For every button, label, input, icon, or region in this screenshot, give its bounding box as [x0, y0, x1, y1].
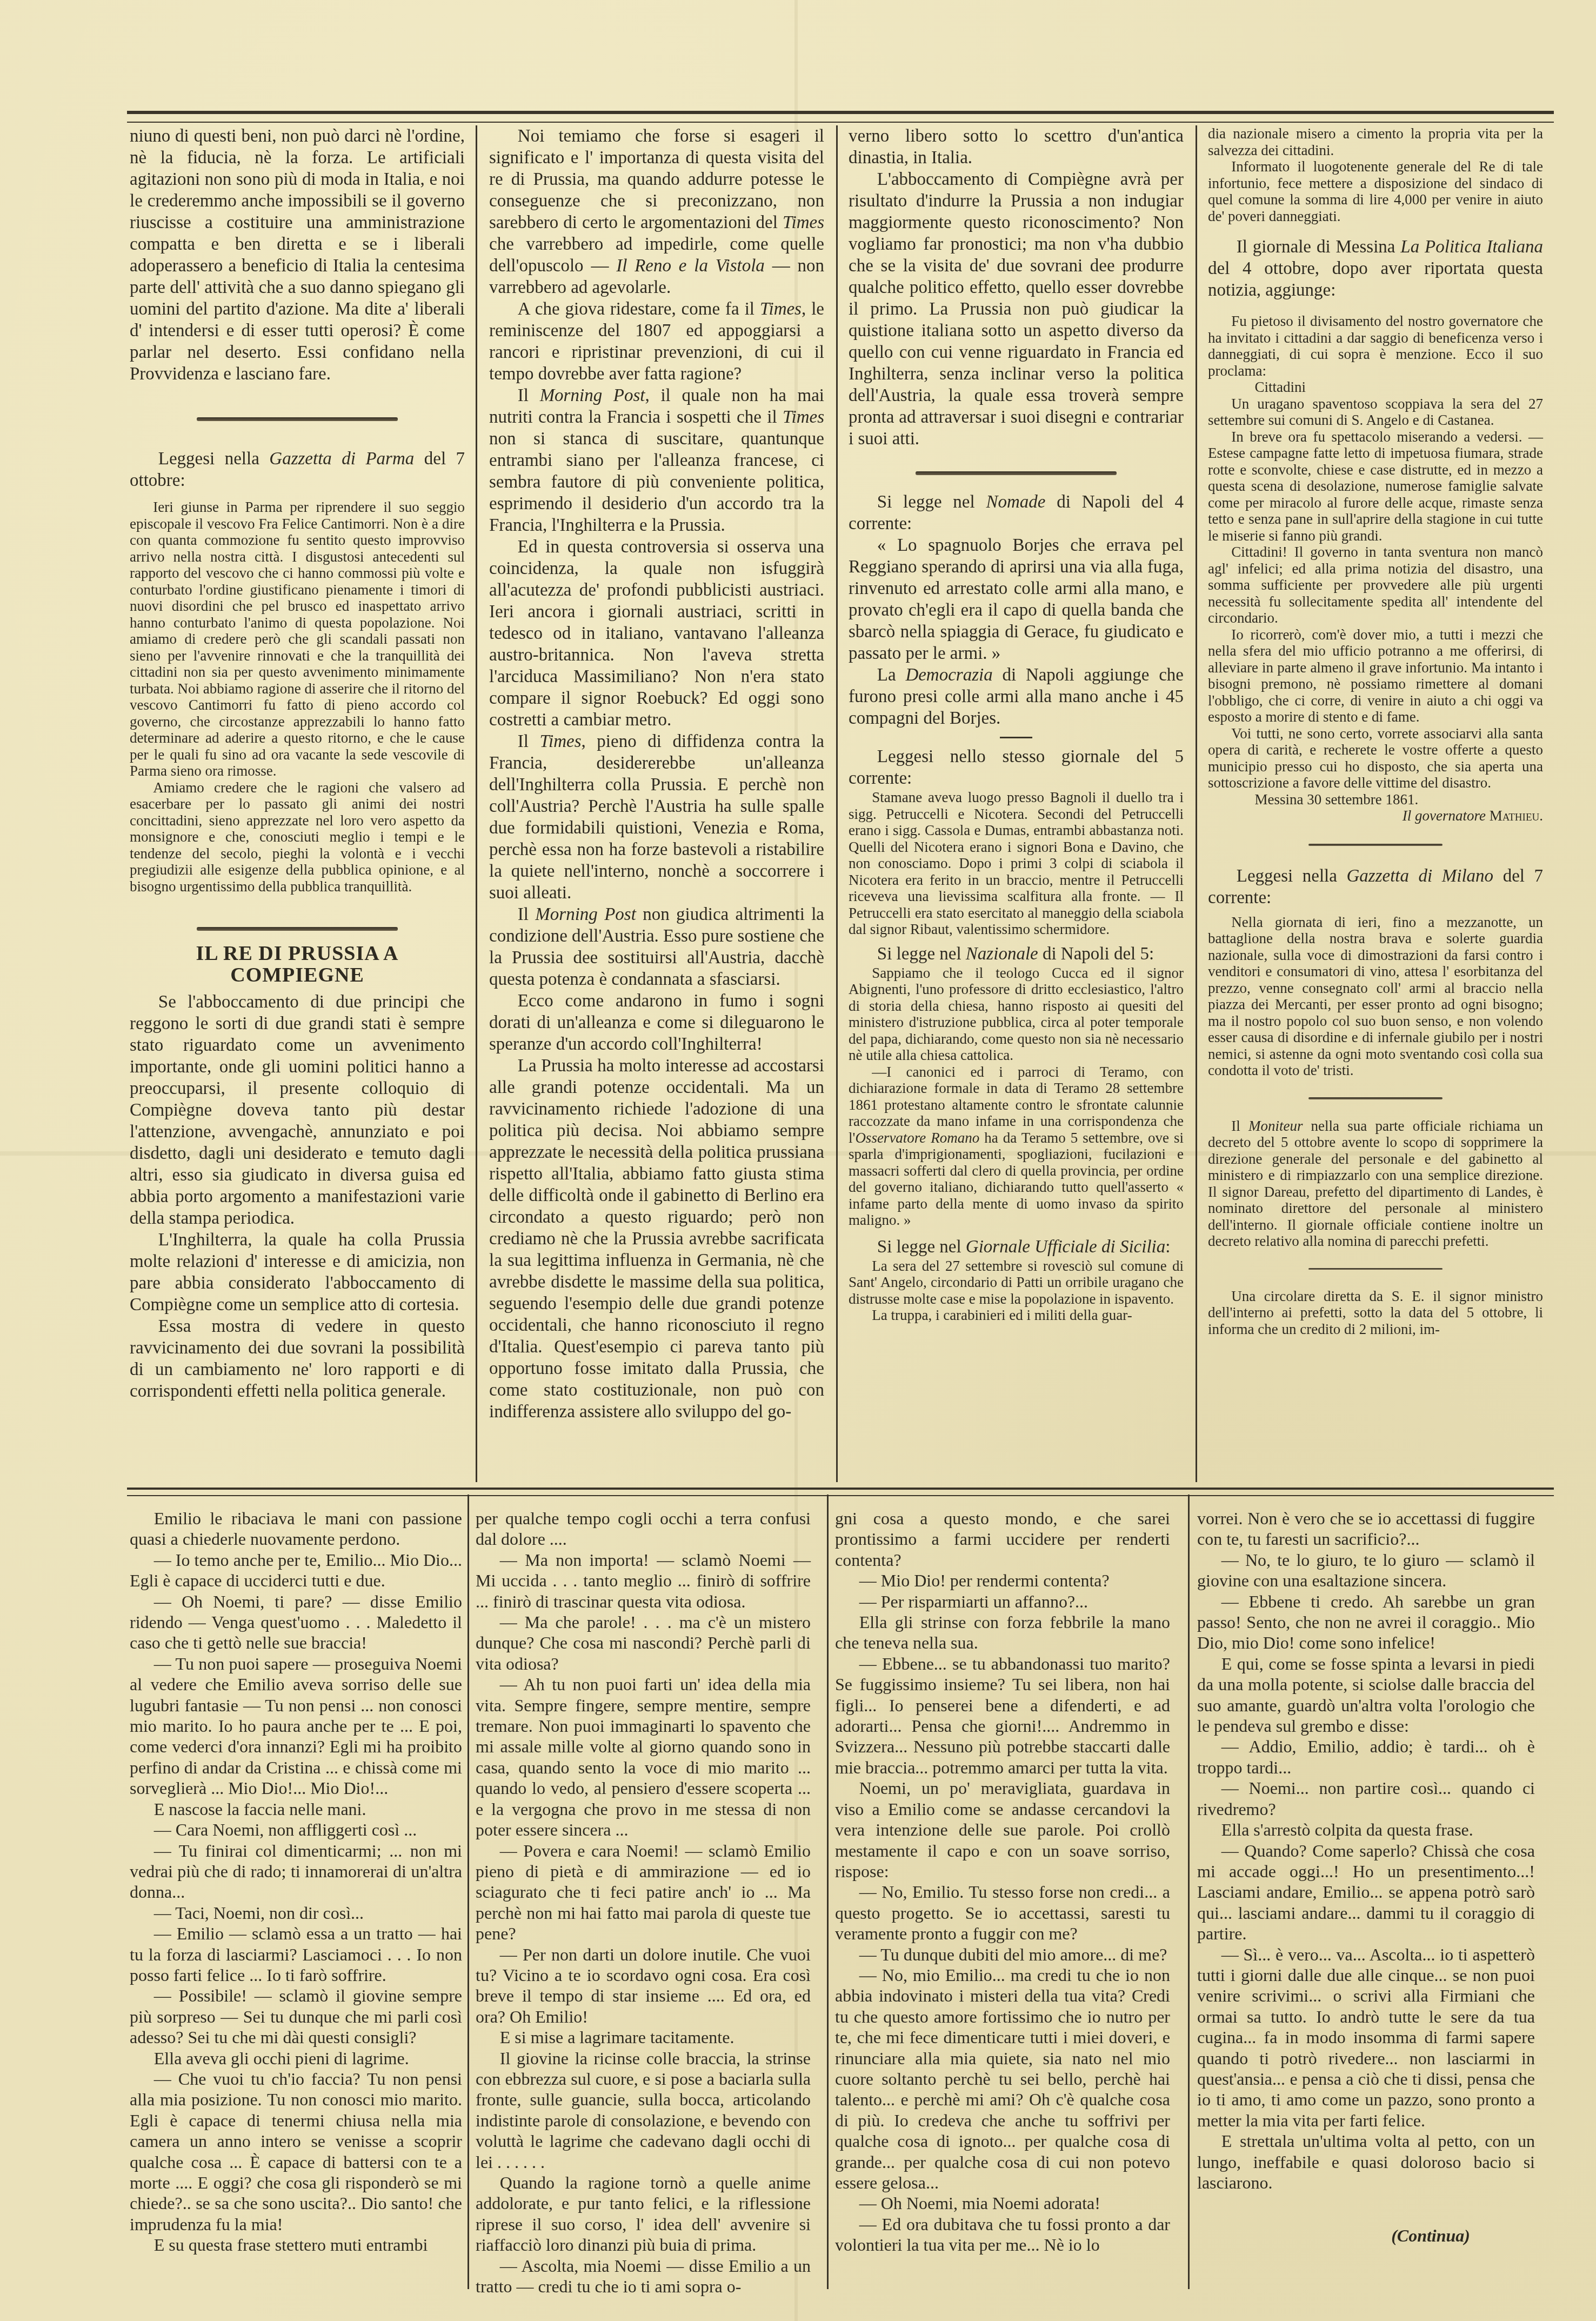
- column-1: niuno di questi beni, non può darci nè l…: [130, 125, 465, 1488]
- paragraph: — Possibile! — sclamò il giovine sempre …: [130, 1985, 462, 2047]
- paragraph: — Emilio — sclamò essa a un tratto — hai…: [130, 1923, 462, 1985]
- dateline: Messina 30 settembre 1861.: [1208, 791, 1543, 808]
- paragraph: vorrei. Non è vero che se io accettassi …: [1197, 1508, 1535, 1550]
- section-rule: [1308, 844, 1443, 846]
- section-rule: [197, 417, 398, 421]
- paragraph: — Tu dunque dubiti del mio amore... di m…: [835, 1944, 1170, 1965]
- top-double-rule: [127, 111, 1554, 123]
- paragraph: — Ah tu non puoi farti un' idea della mi…: [476, 1674, 811, 1840]
- paragraph: La Prussia ha molto interesse ad accosta…: [489, 1055, 824, 1423]
- paragraph: Ed in questa controversia si osserva una…: [489, 536, 824, 731]
- paragraph: A che giova ridestare, come fa il Times,…: [489, 298, 824, 385]
- paragraph: Se l'abboccamento di due principi che re…: [130, 991, 465, 1229]
- salutation: Cittadini: [1208, 379, 1543, 396]
- feuilleton-column-4: vorrei. Non è vero che se io accettassi …: [1197, 1508, 1535, 2246]
- paragraph: Il Times, pieno di diffidenza contra la …: [489, 731, 824, 904]
- paragraph: niuno di questi beni, non può darci nè l…: [130, 125, 465, 385]
- column-2: Noi temiamo che forse si esageri il sign…: [489, 125, 824, 1488]
- paragraph: — No, mio Emilio... ma credi tu che io n…: [835, 1965, 1170, 2193]
- paragraph: Emilio le ribaciava le mani con passione…: [130, 1508, 462, 1550]
- quoted-block: Stamane aveva luogo presso Bagnoli il du…: [849, 789, 1184, 938]
- paragraph: Amiamo credere che le ragioni che valser…: [130, 779, 465, 895]
- paragraph: Ella s'arrestò colpita da questa frase.: [1197, 1819, 1535, 1840]
- paragraph: Ella aveva gli occhi pieni di lagrime.: [130, 2048, 462, 2069]
- source-intro: Si legge nel Giornale Ufficiale di Sicil…: [849, 1236, 1184, 1258]
- column-3: verno libero sotto lo scettro d'un'antic…: [849, 125, 1184, 1488]
- paragraph: Io ricorrerò, com'è dover mio, a tutti i…: [1208, 626, 1543, 725]
- paragraph: E qui, come se fosse spinta a levarsi in…: [1197, 1653, 1535, 1737]
- paragraph: — No, te lo giuro, te lo giuro — sclamò …: [1197, 1550, 1535, 1591]
- section-rule: [197, 927, 398, 931]
- source-intro: Si legge nel Nazionale di Napoli del 5:: [849, 943, 1184, 965]
- quoted-block: Ieri giunse in Parma per riprendere il s…: [130, 499, 465, 895]
- paragraph: — Addio, Emilio, addio; è tardi... oh è …: [1197, 1736, 1535, 1778]
- paragraph: Il Morning Post non giudica altrimenti l…: [489, 904, 824, 990]
- paragraph: Noemi, un po' meravigliata, guardava in …: [835, 1778, 1170, 1882]
- paragraph: Quando la ragione tornò a quelle anime a…: [476, 2172, 811, 2256]
- section-rule: [1308, 1268, 1443, 1270]
- paragraph: La truppa, i carabinieri ed i militi del…: [849, 1307, 1184, 1324]
- paragraph: Il Morning Post, il quale non ha mai nut…: [489, 385, 824, 536]
- paragraph: Voi tutti, ne sono certo, vorrete associ…: [1208, 725, 1543, 791]
- paragraph: L'abboccamento di Compiègne avrà per ris…: [849, 169, 1184, 450]
- column-divider: [468, 1495, 469, 2289]
- paragraph: — Ed ora dubitava che tu fossi pronto a …: [835, 2214, 1170, 2256]
- paragraph: — Noemi... non partire così... quando ci…: [1197, 1778, 1535, 1819]
- paragraph: Noi temiamo che forse si esageri il sign…: [489, 125, 824, 298]
- paragraph: Ecco come andarono in fumo i sogni dorat…: [489, 990, 824, 1055]
- paragraph: — Per risparmiarti un affanno?...: [835, 1591, 1170, 1612]
- feuilleton-divider-rule: [127, 1488, 1554, 1496]
- paragraph: — Oh Noemi, mia Noemi adorata!: [835, 2193, 1170, 2213]
- paragraph: Stamane aveva luogo presso Bagnoli il du…: [849, 789, 1184, 938]
- feuilleton-column-3: gni cosa a questo mondo, e che sarei pro…: [835, 1508, 1170, 2256]
- paragraph: dia nazionale misero a cimento la propri…: [1208, 125, 1543, 158]
- paragraph: La Democrazia di Napoli aggiunge che fur…: [849, 664, 1184, 729]
- paragraph: — Tu finirai col dimenticarmi; ... non m…: [130, 1840, 462, 1903]
- paragraph: L'Inghilterra, la quale ha colla Prussia…: [130, 1229, 465, 1316]
- paragraph: — Mio Dio! per rendermi contenta?: [835, 1570, 1170, 1591]
- column-divider: [1196, 125, 1197, 1482]
- column-divider: [836, 125, 838, 1482]
- source-intro: Il giornale di Messina La Politica Itali…: [1208, 236, 1543, 301]
- short-rule: [1000, 737, 1032, 738]
- paragraph: Sappiamo che il teologo Cucca ed il sign…: [849, 965, 1184, 1064]
- column-divider: [1188, 1495, 1190, 2289]
- paragraph: Cittadini! Il governo in tanta sventura …: [1208, 544, 1543, 626]
- paragraph: Il giovine la ricinse colle braccia, la …: [476, 2048, 811, 2172]
- paragraph: Informato il luogotenente generale del R…: [1208, 158, 1543, 224]
- paragraph: Nella giornata di ieri, fino a mezzanott…: [1208, 914, 1543, 1079]
- paragraph: La sera del 27 settembre si rovesciò sul…: [849, 1258, 1184, 1308]
- paragraph: Ella gli strinse con forza febbrile la m…: [835, 1612, 1170, 1653]
- paragraph: Un uragano spaventoso scoppiava la sera …: [1208, 396, 1543, 429]
- paragraph: — Io temo anche per te, Emilio... Mio Di…: [130, 1550, 462, 1591]
- paragraph: — Povera e cara Noemi! — sclamò Emilio p…: [476, 1840, 811, 1944]
- section-rule: [1308, 1097, 1443, 1099]
- paragraph: Una circolare diretta da S. E. il signor…: [1208, 1288, 1543, 1338]
- paragraph: E si mise a lagrimare tacitamente.: [476, 2027, 811, 2047]
- paragraph: —I canonici ed i parroci di Teramo, con …: [849, 1064, 1184, 1229]
- column-divider: [827, 1495, 829, 2289]
- paragraph: per qualche tempo cogli occhi a terra co…: [476, 1508, 811, 1550]
- paragraph: — Tu non puoi sapere — proseguiva Noemi …: [130, 1653, 462, 1799]
- paragraph: — Ebbene ti credo. Ah sarebbe un gran pa…: [1197, 1591, 1535, 1653]
- quoted-block: Sappiamo che il teologo Cucca ed il sign…: [849, 965, 1184, 1229]
- newspaper-page: niuno di questi beni, non può darci nè l…: [0, 0, 1596, 2321]
- paragraph: Essa mostra di vedere in questo ravvicin…: [130, 1316, 465, 1402]
- paragraph: verno libero sotto lo scettro d'un'antic…: [849, 125, 1184, 169]
- source-intro: Leggesi nello stesso giornale del 5 corr…: [849, 746, 1184, 789]
- paragraph: Fu pietoso il divisamento del nostro gov…: [1208, 313, 1543, 379]
- quoted-block: La sera del 27 settembre si rovesciò sul…: [849, 1258, 1184, 1324]
- section-rule: [916, 471, 1117, 475]
- paragraph: — Che vuoi tu ch'io faccia? Tu non pensi…: [130, 2069, 462, 2235]
- source-intro: Si legge nel Nomade di Napoli del 4 corr…: [849, 491, 1184, 535]
- source-intro: Leggesi nella Gazzetta di Milano del 7 c…: [1208, 865, 1543, 909]
- paragraph: — Oh Noemi, ti pare? — disse Emilio ride…: [130, 1591, 462, 1653]
- paragraph: In breve ora fu spettacolo miserando a v…: [1208, 429, 1543, 544]
- paragraph: — Ebbene... se tu abbandonassi tuo marit…: [835, 1653, 1170, 1778]
- column-4: dia nazionale misero a cimento la propri…: [1208, 125, 1543, 1488]
- newspaper-title: Gazzetta di Parma: [269, 449, 414, 469]
- paragraph: E su questa frase stettero muti entrambi: [130, 2235, 462, 2255]
- source-intro: Leggesi nella Gazzetta di Parma del 7 ot…: [130, 448, 465, 491]
- paragraph: — Taci, Noemi, non dir così...: [130, 1903, 462, 1923]
- paragraph: E nascose la faccia nelle mani.: [130, 1799, 462, 1819]
- paragraph: Ieri giunse in Parma per riprendere il s…: [130, 499, 465, 779]
- article-headline: IL RE DI PRUSSIA A COMPIEGNE: [130, 943, 465, 986]
- paragraph: — Sì... è vero... va... Ascolta... io ti…: [1197, 1944, 1535, 2131]
- paragraph: — Ma non importa! — sclamò Noemi — Mi uc…: [476, 1550, 811, 1612]
- paragraph: E strettala un'ultima volta al petto, co…: [1197, 2131, 1535, 2193]
- quoted-paragraph: « Lo spagnuolo Borjes che errava pel Reg…: [849, 535, 1184, 664]
- paragraph: — No, Emilio. Tu stesso forse non credi.…: [835, 1882, 1170, 1944]
- paragraph: Il Moniteur nella sua parte officiale ri…: [1208, 1118, 1543, 1250]
- column-divider: [476, 125, 477, 1482]
- paragraph: — Per non darti un dolore inutile. Che v…: [476, 1944, 811, 2027]
- paragraph: — Ascolta, mia Noemi — disse Emilio a un…: [476, 2256, 811, 2297]
- paragraph: — Quando? Come saperlo? Chissà che cosa …: [1197, 1840, 1535, 1944]
- paragraph: gni cosa a questo mondo, e che sarei pro…: [835, 1508, 1170, 1570]
- signature: Il governatore Mathieu.: [1208, 808, 1543, 824]
- paragraph: — Ma che parole! . . . ma c'è un mistero…: [476, 1612, 811, 1674]
- feuilleton-column-2: per qualche tempo cogli occhi a terra co…: [476, 1508, 811, 2297]
- paragraph: — Cara Noemi, non affliggerti così ...: [130, 1819, 462, 1840]
- continued-label: (Continua): [1197, 2225, 1470, 2246]
- feuilleton-column-1: Emilio le ribaciava le mani con passione…: [130, 1508, 462, 2256]
